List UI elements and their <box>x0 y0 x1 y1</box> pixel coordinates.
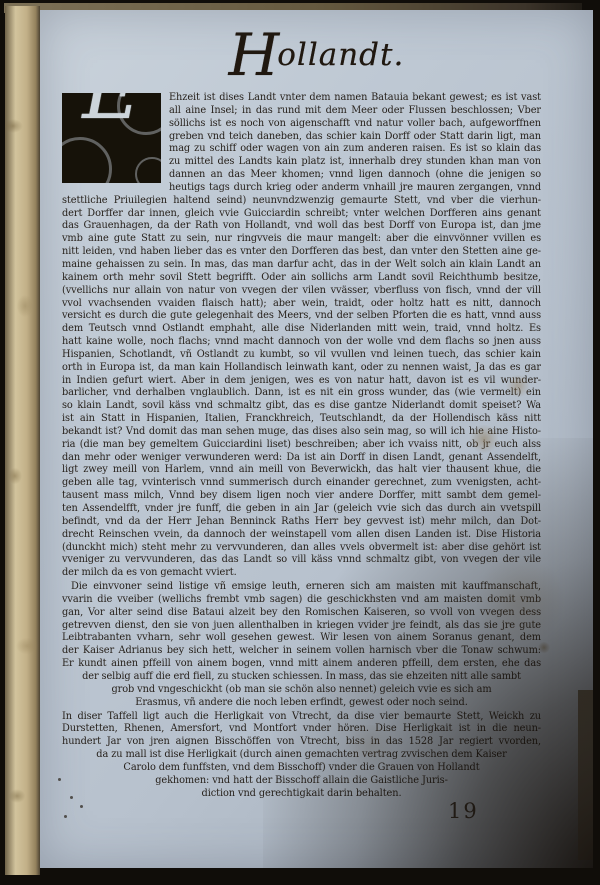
text-line: in Indien gefurt wiert. Aber in dem jeni… <box>62 375 541 388</box>
text-line: heutigs tags durch krieg oder anderm vnh… <box>169 182 541 195</box>
text-line: (vvellichs nur allain von natur von vveg… <box>62 285 541 298</box>
text-line: greben vnd teich daneben, das schier kai… <box>169 131 541 144</box>
text-line: vmb aine gute Statt zu sein, nur ringvve… <box>62 233 541 246</box>
text-line: orth in Europa ist, da man kain Hollandi… <box>62 362 541 375</box>
ink-speck <box>70 796 73 799</box>
text-line: hatt kaine wolle, noch flachs; vnnd mach… <box>62 336 541 349</box>
text-line: dannen an das Meer khomen; vnnd ligen da… <box>169 169 541 182</box>
book-left-edge <box>5 6 40 875</box>
dropcap-flourish-icon <box>135 157 161 183</box>
text-line: stettliche Priuilegien haltend seind) ne… <box>62 195 541 208</box>
ink-speck <box>80 805 83 808</box>
text-line: ist ain Statt in Hispanien, Italien, Fra… <box>62 413 541 426</box>
text-line: all aine Insel; in das rund mit dem Meer… <box>169 105 541 118</box>
book-page: Hollandt. E Ehzeit ist dises Landt vnter… <box>40 10 593 868</box>
text-line: so klain Landt, sovil käss vnd schmaltz … <box>62 400 541 413</box>
woodcut-initial: E <box>62 93 161 183</box>
text-line: nitt leiden, vnd haben lieber das es vnt… <box>62 246 541 259</box>
title-initial-letter: H <box>229 21 278 89</box>
text-line: dem Teutsch vnnd Ostlandt emphaht, alle … <box>62 323 541 336</box>
ink-speck <box>64 815 67 818</box>
text-line: Ehzeit ist dises Landt vnter dem namen B… <box>169 92 541 105</box>
text-line: kainem orth mehr sovil Stett begrifft. O… <box>62 272 541 285</box>
text-line: maine gehaissen zu sein. In mas, das man… <box>62 259 541 272</box>
text-line: das Grauenhagen, da der Rath von Holland… <box>62 220 541 233</box>
text-line: vvol vvachsenden vvaiden flaisch hatt); … <box>62 298 541 311</box>
paper-stain <box>505 375 531 397</box>
text-line: zu mittel des Landts kain platz ist, inn… <box>169 156 541 169</box>
text-line: mag zu schiff oder wagen von ain zum and… <box>169 143 541 156</box>
text-line: söllichs ist es noch von aigenschafft vn… <box>169 118 541 131</box>
text-line: barlicher, vnd derhalben vnglaublich. Da… <box>62 387 541 400</box>
corner-shadow <box>263 438 593 868</box>
book-photo: Hollandt. E Ehzeit ist dises Landt vnter… <box>0 0 600 885</box>
text-line: versicht es durch die gute gelegenhait d… <box>62 310 541 323</box>
dropcap-letter: E <box>62 93 161 98</box>
title-text: ollandt. <box>277 37 404 73</box>
text-line: Hispanien, Schotlandt, vñ Ostlandt zu ku… <box>62 349 541 362</box>
ink-speck <box>58 778 61 781</box>
dropcap-flourish-icon <box>62 137 112 183</box>
text-line: dert Dorffer dar innen, gleich vvie Guic… <box>62 208 541 221</box>
page-title: Hollandt. <box>40 26 593 84</box>
